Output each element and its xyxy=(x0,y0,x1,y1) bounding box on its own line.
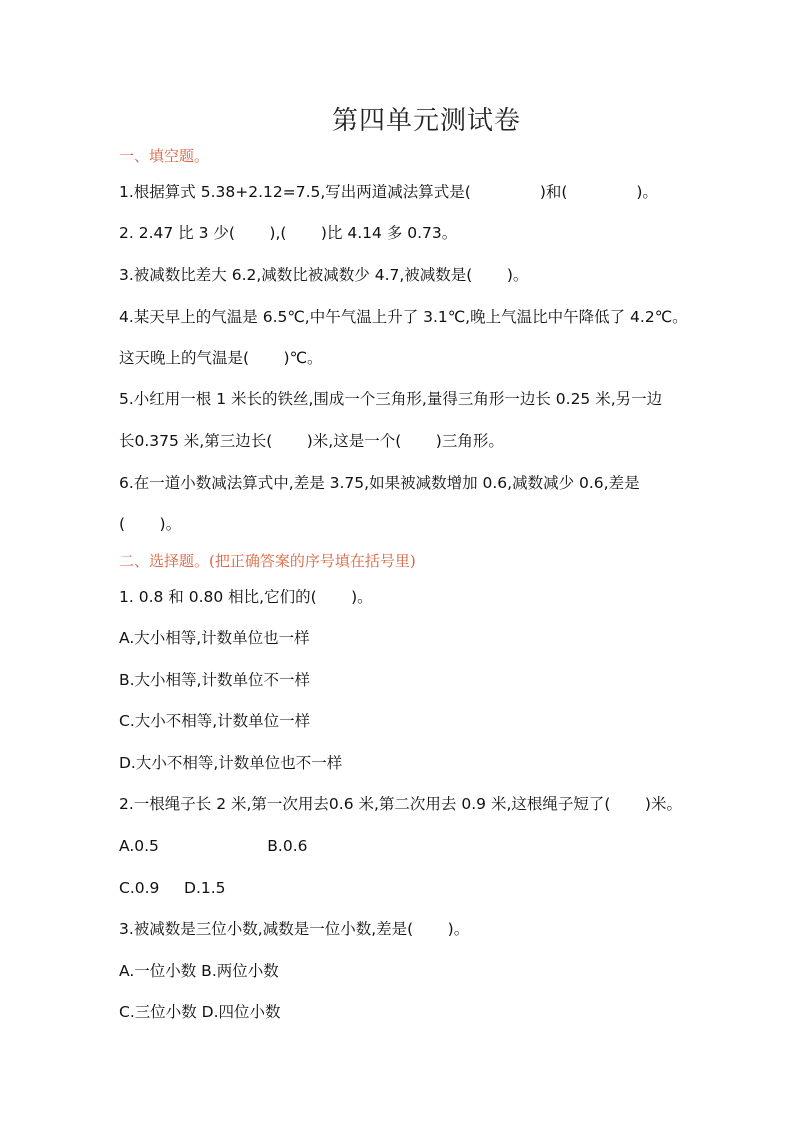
option-line: C.三位小数 D.四位小数 xyxy=(119,1002,281,1022)
question-line: 5.小红用一根 1 米长的铁丝,围成一个三角形,量得三角形一边长 0.25 米,… xyxy=(119,389,662,409)
question-line: 3.被减数比差大 6.2,减数比被减数少 4.7,被减数是( )。 xyxy=(119,265,528,285)
question-line: 这天晚上的气温是( )℃。 xyxy=(119,348,323,368)
option-line: C.大小不相等,计数单位一样 xyxy=(119,711,310,731)
page-title: 第四单元测试卷 xyxy=(0,100,793,137)
section-heading-fill-blank: 一、填空题。 xyxy=(119,146,209,166)
option-line: A.一位小数 B.两位小数 xyxy=(119,961,279,981)
question-line: ( )。 xyxy=(119,514,181,534)
question-line: 1.根据算式 5.38+2.12=7.5,写出两道减法算式是( )和( )。 xyxy=(119,182,658,202)
option-line: A.大小相等,计数单位也一样 xyxy=(119,628,310,648)
question-line: 1. 0.8 和 0.80 相比,它们的( )。 xyxy=(119,587,373,607)
option-line: A.0.5 B.0.6 xyxy=(119,836,308,856)
question-line: 3.被减数是三位小数,减数是一位小数,差是( )。 xyxy=(119,919,469,939)
section-heading-multiple-choice: 二、选择题。(把正确答案的序号填在括号里) xyxy=(119,551,416,571)
option-line: D.大小不相等,计数单位也不一样 xyxy=(119,753,342,773)
option-line: B.大小相等,计数单位不一样 xyxy=(119,670,310,690)
question-line: 2. 2.47 比 3 少( ),( )比 4.14 多 0.73。 xyxy=(119,223,457,243)
question-line: 2.一根绳子长 2 米,第一次用去0.6 米,第二次用去 0.9 米,这根绳子短… xyxy=(119,794,682,814)
question-line: 6.在一道小数减法算式中,差是 3.75,如果被减数增加 0.6,减数减少 0.… xyxy=(119,473,640,493)
question-line: 长0.375 米,第三边长( )米,这是一个( )三角形。 xyxy=(119,431,504,451)
option-line: C.0.9 D.1.5 xyxy=(119,878,226,898)
question-line: 4.某天早上的气温是 6.5℃,中午气温上升了 3.1℃,晚上气温比中午降低了 … xyxy=(119,307,688,327)
